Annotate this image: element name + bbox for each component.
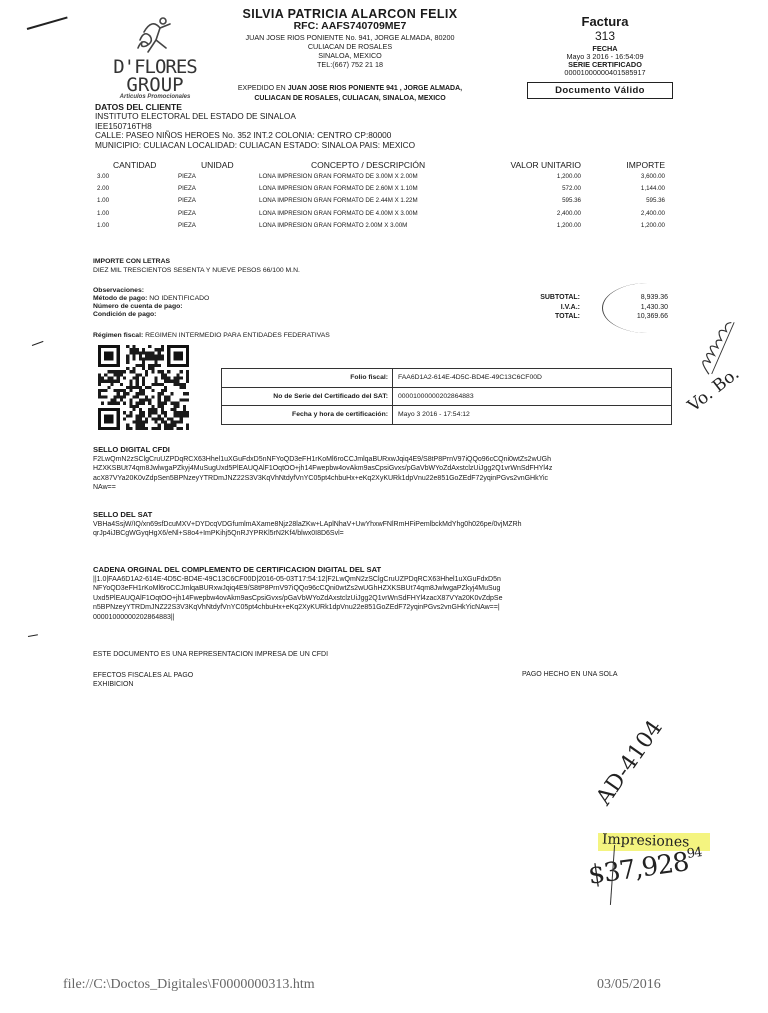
table-row: 1.00PIEZALONA IMPRESION GRAN FORMATO 2.0…	[93, 222, 683, 234]
iva-value: 1,430.30	[641, 303, 668, 313]
handwritten-amount: $37,92894	[586, 845, 704, 891]
client-info: DATOS DEL CLIENTE INSTITUTO ELECTORAL DE…	[95, 103, 515, 150]
amount-in-words-heading: IMPORTE CON LETRAS	[93, 257, 300, 266]
table-row: 2.00PIEZALONA IMPRESION GRAN FORMATO DE …	[93, 185, 683, 197]
item-qty: 1.00	[97, 222, 109, 229]
item-qty: 1.00	[97, 197, 109, 204]
item-unit-price: 595.36	[562, 197, 581, 204]
observations: Observaciones: Método de pago: NO IDENTI…	[93, 287, 209, 319]
metodo-value: NO IDENTIFICADO	[149, 295, 209, 302]
client-name: INSTITUTO ELECTORAL DEL ESTADO DE SINALO…	[95, 112, 515, 121]
item-unit-price: 1,200.00	[557, 222, 581, 229]
folio-value: FAA6D1A2-614E-4D5C-BD4E-49C13C6CF00D	[393, 369, 542, 387]
sello-cfdi-heading: SELLO DIGITAL CFDI	[93, 445, 553, 455]
subtotal-label: SUBTOTAL:	[500, 293, 580, 303]
iva-label: I.V.A.:	[500, 303, 580, 313]
amount-in-words-value: DIEZ MIL TRESCIENTOS SESENTA Y NUEVE PES…	[93, 266, 300, 275]
regimen-fiscal: Régimen fiscal: REGIMEN INTERMEDIO PARA …	[93, 332, 330, 339]
efectos-fiscales: EFECTOS FISCALES AL PAGO EXHIBICION	[93, 671, 193, 689]
qr-code	[97, 345, 190, 430]
brand-tagline: Articulos Promocionales	[110, 94, 200, 100]
item-unit: PIEZA	[178, 222, 196, 229]
item-unit: PIEZA	[178, 197, 196, 204]
company-logo: D'FLORES GROUP Articulos Promocionales	[110, 14, 200, 100]
expedido-en: EXPEDIDO EN JUAN JOSE RIOS PONIENTE 941 …	[225, 84, 475, 104]
item-amount: 1,144.00	[641, 185, 665, 192]
scan-mark	[32, 341, 44, 346]
brand-name-line2: GROUP	[110, 76, 200, 94]
header-unit: UNIDAD	[201, 160, 234, 170]
amount-in-words: IMPORTE CON LETRAS DIEZ MIL TRESCIENTOS …	[93, 257, 300, 275]
issuer-state: SINALOA, MEXICO	[225, 51, 475, 60]
folio-row: Folio fiscal: FAA6D1A2-614E-4D5C-BD4E-49…	[222, 369, 671, 388]
expedido-address-line1: JUAN JOSE RIOS PONIENTE 941 , JORGE ALMA…	[288, 85, 462, 92]
issuer-address: JUAN JOSE RIOS PONIENTE No. 941, JORGE A…	[225, 33, 475, 42]
regimen-value: REGIMEN INTERMEDIO PARA ENTIDADES FEDERA…	[145, 332, 330, 339]
print-footer-date: 03/05/2016	[597, 977, 661, 993]
item-qty: 2.00	[97, 185, 109, 192]
handwritten-amount-cents: 94	[686, 845, 702, 862]
cfdi-representation-note: ESTE DOCUMENTO ES UNA REPRESENTACION IMP…	[93, 651, 328, 658]
cadena-value: ||1.0|FAA6D1A2-614E-4D5C-BD4E-49C13C6CF0…	[93, 575, 503, 623]
table-row: 1.00PIEZALONA IMPRESION GRAN FORMATO DE …	[93, 210, 683, 222]
item-amount: 1,200.00	[641, 222, 665, 229]
condicion-label: Condición de pago:	[93, 311, 156, 318]
item-unit-price: 1,200.00	[557, 173, 581, 180]
invoice-header: Factura 313 FECHA Mayo 3 2016 - 16:54:09…	[550, 14, 660, 77]
cert-date-label: Fecha y hora de certificación:	[222, 406, 393, 424]
sello-cfdi-value: F2LwQmN2zSClgCruUZPDqRCX63Hhel1uXGuFdxD5…	[93, 455, 553, 493]
dancer-logo-icon	[130, 14, 180, 56]
item-amount: 3,600.00	[641, 173, 665, 180]
serie-sat-value: 00001000000202864883	[393, 388, 474, 406]
issuer-name: SILVIA PATRICIA ALARCON FELIX	[225, 8, 475, 20]
sello-sat-heading: SELLO DEL SAT	[93, 510, 523, 520]
items-header-row: CANTIDAD UNIDAD CONCEPTO / DESCRIPCIÓN V…	[93, 160, 683, 173]
regimen-label: Régimen fiscal:	[93, 332, 143, 339]
serie-sat-label: No de Serie del Certificado del SAT:	[222, 388, 393, 406]
serie-sat-row: No de Serie del Certificado del SAT: 000…	[222, 388, 671, 407]
handwritten-code: AD-4104	[592, 716, 668, 810]
cadena-heading: CADENA ORGINAL DEL COMPLEMENTO DE CERTIF…	[93, 565, 503, 575]
totals: SUBTOTAL:8,939.36 I.V.A.:1,430.30 TOTAL:…	[500, 293, 670, 322]
handwritten-amount-value: $37,928	[586, 847, 690, 891]
item-unit-price: 572.00	[562, 185, 581, 192]
sello-digital-cfdi: SELLO DIGITAL CFDI F2LwQmN2zSClgCruUZPDq…	[93, 445, 553, 493]
header-desc: CONCEPTO / DESCRIPCIÓN	[311, 160, 425, 170]
scan-mark	[27, 16, 68, 29]
cadena-original: CADENA ORGINAL DEL COMPLEMENTO DE CERTIF…	[93, 565, 503, 623]
header-amount: IMPORTE	[596, 160, 665, 170]
item-desc: LONA IMPRESION GRAN FORMATO DE 4.00M X 3…	[259, 210, 418, 217]
header-qty: CANTIDAD	[113, 160, 156, 170]
print-footer-url: file://C:\Doctos_Digitales\F0000000313.h…	[63, 977, 315, 993]
item-unit-price: 2,400.00	[557, 210, 581, 217]
items-table: CANTIDAD UNIDAD CONCEPTO / DESCRIPCIÓN V…	[93, 160, 683, 234]
observations-label: Observaciones:	[93, 287, 144, 294]
total-label: TOTAL:	[500, 312, 580, 322]
subtotal-value: 8,939.36	[641, 293, 668, 303]
sello-sat: SELLO DEL SAT VBHa4SsjW/IQ/xn69sfDcuMXV+…	[93, 510, 523, 539]
folio-label: Folio fiscal:	[222, 369, 393, 387]
client-location: MUNICIPIO: CULIACAN LOCALIDAD: CULIACAN …	[95, 141, 515, 150]
cuenta-label: Número de cuenta de pago:	[93, 303, 183, 310]
item-desc: LONA IMPRESION GRAN FORMATO DE 2.60M X 1…	[259, 185, 418, 192]
item-amount: 2,400.00	[641, 210, 665, 217]
cert-date-row: Fecha y hora de certificación: Mayo 3 20…	[222, 406, 671, 424]
issuer-city: CULIACAN DE ROSALES	[225, 42, 475, 51]
table-row: 1.00PIEZALONA IMPRESION GRAN FORMATO DE …	[93, 197, 683, 209]
expedido-label: EXPEDIDO EN	[238, 85, 286, 92]
item-unit: PIEZA	[178, 185, 196, 192]
certification-table: Folio fiscal: FAA6D1A2-614E-4D5C-BD4E-49…	[221, 368, 672, 425]
header-unit-price: VALOR UNITARIO	[493, 160, 581, 170]
serie-value: 00001000000401585917	[550, 69, 660, 77]
metodo-label: Método de pago:	[93, 295, 147, 302]
invoice-number: 313	[550, 29, 660, 44]
issuer-phone: TEL:(667) 752 21 18	[225, 60, 475, 69]
total-value: 10,369.66	[637, 312, 668, 322]
issuer-rfc: RFC: AAFS740709ME7	[225, 20, 475, 33]
item-desc: LONA IMPRESION GRAN FORMATO 2.00M X 3.00…	[259, 222, 407, 229]
item-unit: PIEZA	[178, 173, 196, 180]
item-unit: PIEZA	[178, 210, 196, 217]
table-row: 3.00PIEZALONA IMPRESION GRAN FORMATO DE …	[93, 173, 683, 185]
item-desc: LONA IMPRESION GRAN FORMATO DE 3.00M X 2…	[259, 173, 418, 180]
item-desc: LONA IMPRESION GRAN FORMATO DE 2.44M X 1…	[259, 197, 418, 204]
item-amount: 595.36	[646, 197, 665, 204]
expedido-address-line2: CULIACAN DE ROSALES, CULIACAN, SINALOA, …	[254, 95, 445, 102]
cert-date-value: Mayo 3 2016 - 17:54:12	[393, 406, 470, 424]
pago-note: PAGO HECHO EN UNA SOLA	[522, 671, 618, 678]
document-status-badge: Documento Válido	[527, 82, 673, 99]
issuer-info: SILVIA PATRICIA ALARCON FELIX RFC: AAFS7…	[225, 6, 475, 69]
efectos-line1: EFECTOS FISCALES AL PAGO	[93, 671, 193, 680]
sello-sat-value: VBHa4SsjW/IQ/xn69sfDcuMXV+DYDcqVDGfumlmA…	[93, 520, 523, 539]
invoice-title: Factura	[550, 14, 660, 29]
scan-mark	[28, 634, 38, 637]
efectos-line2: EXHIBICION	[93, 680, 193, 689]
item-qty: 3.00	[97, 173, 109, 180]
item-qty: 1.00	[97, 210, 109, 217]
